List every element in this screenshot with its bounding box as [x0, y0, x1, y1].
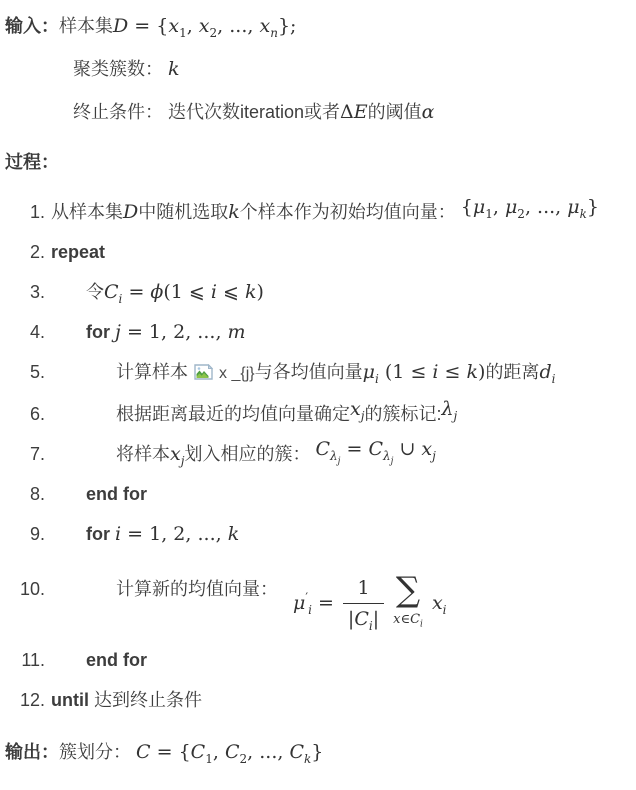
math-run: di: [539, 361, 555, 383]
step-number: 4.: [5, 319, 45, 345]
step-content: for i = 1, 2, ..., k: [86, 524, 239, 544]
math-run: α: [422, 101, 435, 123]
step-row: 7.将样本xj划入相应的簇： Cλj = Cλj ∪ xj: [5, 441, 632, 467]
text-run: 聚类簇数：: [73, 59, 168, 79]
sigma-symbol: ∑: [396, 573, 420, 607]
step-content: 计算样本 x _{j}与各均值向量μi (1 ≤ i ≤ k)的距离di: [116, 362, 555, 382]
step-row: 11.end for: [5, 647, 632, 673]
step-row: 5.计算样本 x _{j}与各均值向量μi (1 ≤ i ≤ k)的距离di: [5, 359, 632, 387]
text-run: 的簇标记:: [364, 404, 441, 424]
text-run: 从样本集: [51, 202, 123, 222]
keyword: end for: [86, 484, 147, 504]
process-heading: 过程：: [5, 149, 632, 175]
math-run: i = 1, 2, ..., k: [115, 523, 239, 545]
step-content: end for: [86, 650, 147, 670]
text-run: 与各均值向量: [255, 362, 363, 382]
math-run: Cλj = Cλj ∪ xj: [315, 436, 435, 462]
keyword: repeat: [51, 242, 105, 262]
math-run: C = {C1, C2, ..., Ck}: [136, 741, 323, 763]
formula-sum: ∑ x∈Ci: [393, 573, 423, 633]
step-content: repeat: [51, 242, 105, 262]
formula-lhs: μ′i =: [293, 590, 334, 616]
math-run: k: [228, 201, 240, 223]
step-content: until 达到终止条件: [51, 690, 202, 710]
input-line: 聚类簇数： k: [5, 56, 632, 82]
step-row: 12.until 达到终止条件: [5, 687, 632, 713]
step-content: 从样本集D中随机选取k个样本作为初始均值向量： {μ1, μ2, ..., μk…: [51, 202, 599, 222]
text-run: 达到终止条件: [94, 690, 202, 710]
step-number: 2.: [5, 239, 45, 265]
step-number: 5.: [5, 359, 45, 385]
step-row: 3.令Ci = ϕ(1 ⩽ i ⩽ k): [5, 279, 632, 305]
math-run: xj: [350, 396, 364, 422]
keyword: until: [51, 690, 94, 710]
step-number: 12.: [5, 687, 45, 713]
text-run: 计算样本: [116, 362, 188, 382]
step-content: 令Ci = ϕ(1 ⩽ i ⩽ k): [86, 282, 264, 302]
formula-sum-subscript: x∈Ci: [393, 607, 423, 633]
keyword: for: [86, 322, 115, 342]
math-run: D: [123, 201, 138, 223]
formula-term: xi: [432, 590, 447, 616]
step-number: 1.: [5, 199, 45, 225]
text-run: 簇划分：: [59, 742, 136, 762]
step-number: 7.: [5, 441, 45, 467]
math-run: ΔE: [340, 101, 368, 123]
step-content: for j = 1, 2, ..., m: [86, 322, 246, 342]
input-label: 输入：: [5, 16, 59, 36]
math-run: λj: [441, 396, 457, 422]
math-run: k: [168, 58, 180, 80]
text-run: 令: [86, 282, 104, 302]
step-row: 2.repeat: [5, 239, 632, 265]
step-number: 3.: [5, 279, 45, 305]
input-line: 终止条件： 迭代次数iteration或者ΔE的阈值α: [5, 99, 632, 125]
text-run: 的阈值: [368, 102, 422, 122]
output-label: 输出：: [5, 742, 59, 762]
text-run: 终止条件： 迭代次数iteration或者: [73, 102, 340, 122]
step-row: 1.从样本集D中随机选取k个样本作为初始均值向量： {μ1, μ2, ..., …: [5, 199, 632, 225]
output-row: 输出：簇划分： C = {C1, C2, ..., Ck}: [5, 739, 632, 765]
input-line: 样本集D = {x1, x2, ..., xn};: [59, 16, 296, 36]
math-run: xj: [170, 443, 184, 465]
text-run: 个样本作为初始均值向量：: [240, 202, 461, 222]
step-number: 8.: [5, 481, 45, 507]
mean-update-formula: μ′i = 1 |Ci| ∑ x∈Ci xi: [293, 561, 446, 645]
text-run: 中随机选取: [138, 202, 228, 222]
input-row: 输入：样本集D = {x1, x2, ..., xn};: [5, 13, 632, 39]
step-content: 根据距离最近的均值向量确定xj的簇标记:λj: [116, 404, 457, 424]
step-number: 6.: [5, 401, 45, 427]
algorithm-document: 输入：样本集D = {x1, x2, ..., xn}; 聚类簇数： k 终止条…: [0, 0, 636, 765]
math-run: j = 1, 2, ..., m: [115, 321, 246, 343]
keyword: end for: [86, 650, 147, 670]
math-run: D = {x1, x2, ..., xn};: [113, 15, 296, 37]
process-steps: 1.从样本集D中随机选取k个样本作为初始均值向量： {μ1, μ2, ..., …: [5, 199, 632, 713]
step-content: end for: [86, 484, 147, 504]
text-run: 计算新的均值向量：: [116, 579, 278, 599]
step-number: 11.: [5, 647, 45, 673]
text-run: 的距离: [485, 362, 539, 382]
formula-numerator: 1: [352, 575, 374, 603]
text-run: 根据距离最近的均值向量确定: [116, 404, 350, 424]
step-row: 8.end for: [5, 481, 632, 507]
formula-denominator: |Ci|: [343, 603, 384, 632]
step-row: 6.根据距离最近的均值向量确定xj的簇标记:λj: [5, 401, 632, 427]
math-run: {μ1, μ2, ..., μk}: [461, 194, 599, 220]
text-run: 划入相应的簇：: [184, 444, 315, 464]
keyword: for: [86, 524, 115, 544]
step-row: 4.for j = 1, 2, ..., m: [5, 319, 632, 345]
math-run: Ci = ϕ(1 ⩽ i ⩽ k): [104, 281, 264, 303]
math-run: μi (1 ≤ i ≤ k): [363, 361, 486, 383]
text-run: 样本集: [59, 16, 113, 36]
broken-image-alt-text: x _{j}: [219, 365, 255, 382]
output-line: 簇划分： C = {C1, C2, ..., Ck}: [59, 742, 323, 762]
step-row: 9.for i = 1, 2, ..., k: [5, 521, 632, 547]
step-content: 将样本xj划入相应的簇： Cλj = Cλj ∪ xj: [116, 444, 436, 464]
step-number: 9.: [5, 521, 45, 547]
step-row: 10.计算新的均值向量： μ′i = 1 |Ci| ∑ x∈Ci xi: [5, 561, 632, 645]
step-number: 10.: [5, 576, 45, 602]
step-content: 计算新的均值向量： μ′i = 1 |Ci| ∑ x∈Ci xi: [116, 579, 447, 599]
formula-fraction: 1 |Ci|: [343, 575, 384, 632]
broken-image-icon: [194, 361, 213, 387]
text-run: 将样本: [116, 444, 170, 464]
